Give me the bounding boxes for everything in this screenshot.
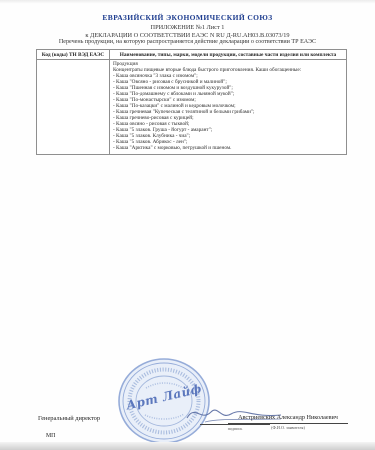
union-title: ЕВРАЗИЙСКИЙ ЭКОНОМИЧЕСКИЙ СОЮЗ [0, 13, 375, 22]
scan-edge-top [0, 0, 375, 4]
subtitle-line: Перечень продукции, на которую распростр… [0, 39, 375, 45]
scan-edge-bottom [0, 442, 375, 450]
applicant-name-caption: (Ф.И.О. заявителя) [228, 424, 348, 430]
col-header-name: Наименование, типы, марки, модели продук… [110, 50, 346, 59]
product-line: - Каша "Арктика" с морковью, петрушкой и… [113, 146, 343, 152]
seal-place-label: МП [46, 433, 55, 439]
position-title: Генеральный директор [38, 415, 100, 422]
col-header-code: Код (коды) ТН ВЭД ЕАЭС [37, 50, 110, 59]
code-cell [37, 60, 110, 153]
table-header-row: Код (коды) ТН ВЭД ЕАЭС Наименование, тип… [37, 50, 346, 60]
applicant-name-block: Австриевских Александр Николаевич (Ф.И.О… [228, 414, 348, 430]
appendix-line: ПРИЛОЖЕНИЕ №1 Лист 1 [0, 24, 375, 31]
table-body-row: ПродукцияКонцентраты пищевые вторые блюд… [37, 60, 346, 153]
applicant-name: Австриевских Александр Николаевич [228, 414, 348, 424]
scanned-declaration-page: ЕВРАЗИЙСКИЙ ЭКОНОМИЧЕСКИЙ СОЮЗ ПРИЛОЖЕНИ… [0, 0, 375, 450]
signature-block: Арт Лайф Генеральный директор подпись Ав… [0, 350, 375, 445]
products-table: Код (коды) ТН ВЭД ЕАЭС Наименование, тип… [36, 49, 347, 155]
products-cell: ПродукцияКонцентраты пищевые вторые блюд… [110, 60, 346, 153]
declaration-number-line: к ДЕКЛАРАЦИИ О СООТВЕТСТВИИ ЕАЭС N RU Д-… [0, 32, 375, 39]
